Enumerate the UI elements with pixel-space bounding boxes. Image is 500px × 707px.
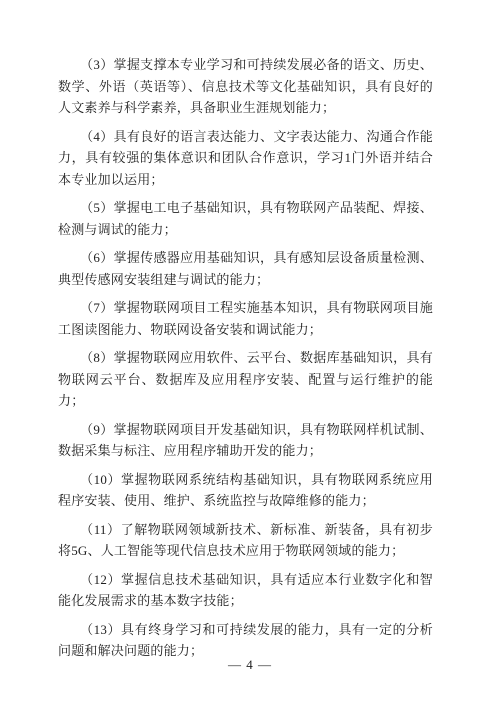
list-item-7: （7）掌握物联网项目工程实施基本知识，具有物联网项目施工图读图能力、物联网设备安… bbox=[58, 297, 433, 340]
page-footer: — 4 — bbox=[0, 656, 500, 674]
list-item-10: （10）掌握物联网系统结构基础知识，具有物联网系统应用程序安装、使用、维护、系统… bbox=[58, 469, 433, 512]
page-body-text: （3）掌握支撑本专业学习和可持续发展必备的语文、历史、数学、外语（英语等）、信息… bbox=[58, 54, 433, 662]
list-item-12: （12）掌握信息技术基础知识，具有适应本行业数字化和智能化发展需求的基本数字技能… bbox=[58, 569, 433, 612]
document-page: （3）掌握支撑本专业学习和可持续发展必备的语文、历史、数学、外语（英语等）、信息… bbox=[0, 0, 500, 707]
list-item-8: （8）掌握物联网应用软件、云平台、数据库基础知识，具有物联网云平台、数据库及应用… bbox=[58, 347, 433, 412]
list-item-3: （3）掌握支撑本专业学习和可持续发展必备的语文、历史、数学、外语（英语等）、信息… bbox=[58, 54, 433, 119]
list-item-9: （9）掌握物联网项目开发基础知识，具有物联网样机试制、数据采集与标注、应用程序辅… bbox=[58, 419, 433, 462]
list-item-5: （5）掌握电工电子基础知识，具有物联网产品装配、焊接、检测与调试的能力； bbox=[58, 197, 433, 240]
page-number: — 4 — bbox=[228, 657, 272, 672]
list-item-11: （11）了解物联网领域新技术、新标准、新装备，具有初步将5G、人工智能等现代信息… bbox=[58, 519, 433, 562]
list-item-4: （4）具有良好的语言表达能力、文字表达能力、沟通合作能力，具有较强的集体意识和团… bbox=[58, 126, 433, 191]
list-item-6: （6）掌握传感器应用基础知识，具有感知层设备质量检测、典型传感网安装组建与调试的… bbox=[58, 247, 433, 290]
